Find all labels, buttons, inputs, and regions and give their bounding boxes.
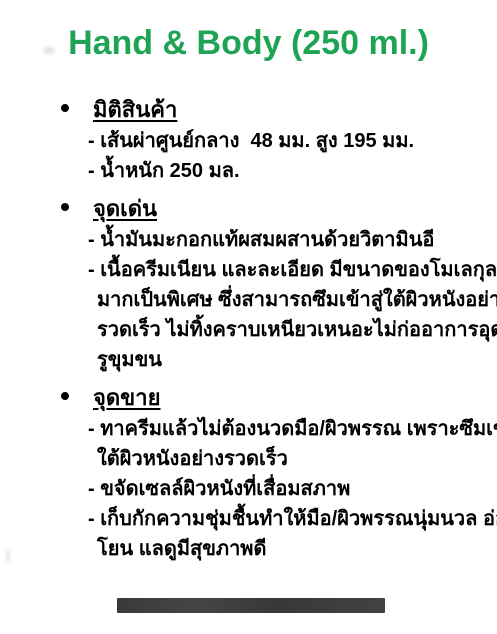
body-line: - น้ำมันมะกอกแท้ผสมผสานด้วยวิตามินอี <box>88 225 479 255</box>
bullet-icon <box>61 203 69 211</box>
body-line-continuation: โยน แลดูมีสุขภาพดี <box>97 534 479 564</box>
section-selling-points: จุดขาย - ทาครีมแล้วไม่ต้องนวดมือ/ผิวพรรณ… <box>88 381 479 564</box>
body-line: - ขจัดเซลล์ผิวหนังที่เสื่อมสภาพ <box>88 474 479 504</box>
bullet-icon <box>61 392 69 400</box>
body-line: - เส้นผ่าศูนย์กลาง 48 มม. สูง 195 มม. <box>88 126 479 156</box>
body-line-continuation: รูขุมขน <box>97 345 479 375</box>
slide-body: มิติสินค้า - เส้นผ่าศูนย์กลาง 48 มม. สูง… <box>88 93 479 564</box>
body-line: - ทาครีมแล้วไม่ต้องนวดมือ/ผิวพรรณ เพราะซ… <box>88 414 479 444</box>
scan-smudge-artifact <box>40 44 58 57</box>
section-key-features: จุดเด่น - น้ำมันมะกอกแท้ผสมผสานด้วยวิตาม… <box>88 192 479 375</box>
body-line-continuation: รวดเร็ว ไม่ทิ้งคราบเหนียวเหนอะไม่ก่ออากา… <box>97 315 479 345</box>
body-line: - น้ำหนัก 250 มล. <box>88 156 479 186</box>
body-line: - เนื้อครีมเนียน และละเอียด มีขนาดของโมเ… <box>88 255 479 285</box>
section-product-dimensions: มิติสินค้า - เส้นผ่าศูนย์กลาง 48 มม. สูง… <box>88 93 479 186</box>
body-line-continuation: มากเป็นพิเศษ ซึ่งสามารถซึมเข้าสู่ใต้ผิวห… <box>97 285 479 315</box>
slide-page: Hand & Body (250 ml.) มิติสินค้า - เส้นผ… <box>0 0 497 634</box>
body-line-continuation: ใต้ผิวหนังอย่างรวดเร็ว <box>97 444 479 474</box>
section-heading: มิติสินค้า <box>93 93 177 126</box>
slide-title: Hand & Body (250 ml.) <box>0 0 497 63</box>
bullet-icon <box>61 104 69 112</box>
redacted-footer-watermark-bar <box>117 598 385 613</box>
body-line: - เก็บกักความชุ่มชื้นทำให้มือ/ผิวพรรณนุ่… <box>88 504 479 534</box>
section-heading: จุดเด่น <box>93 192 157 225</box>
scan-smudge-artifact <box>4 547 12 565</box>
section-heading: จุดขาย <box>93 381 160 414</box>
